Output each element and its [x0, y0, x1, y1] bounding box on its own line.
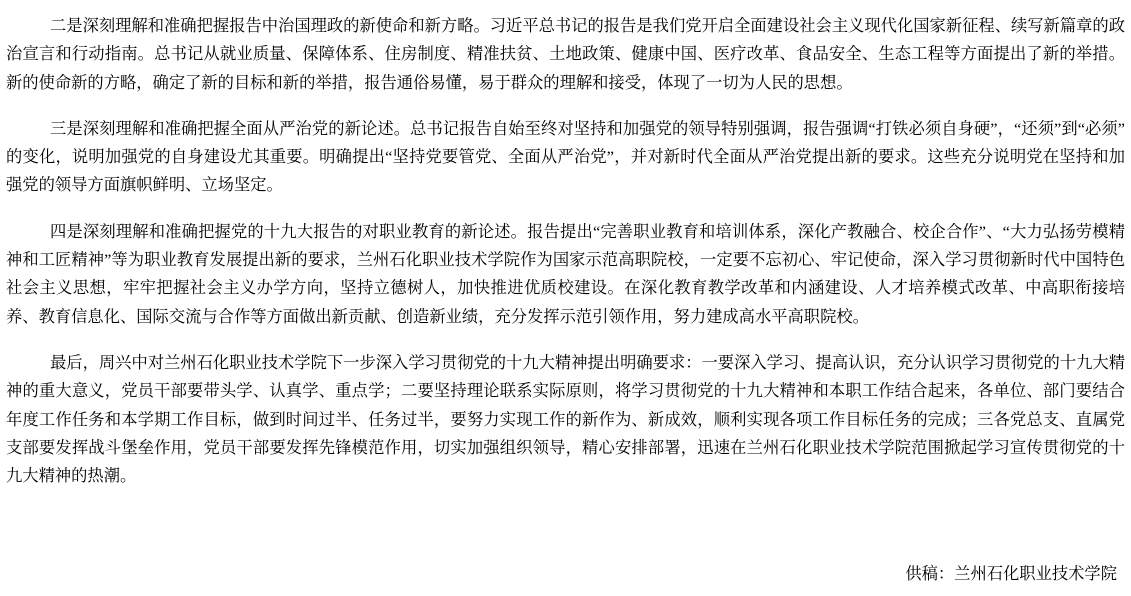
footer-attribution: 供稿：兰州石化职业技术学院	[905, 560, 1117, 588]
document-page: 二是深刻理解和准确把握报告中治国理政的新使命和新方略。习近平总书记的报告是我们党…	[0, 0, 1131, 490]
body-paragraph-4: 四是深刻理解和准确把握党的十九大报告的对职业教育的新论述。报告提出“完善职业教育…	[6, 218, 1125, 331]
body-paragraph-3: 三是深刻理解和准确把握全面从严治党的新论述。总书记报告自始至终对坚持和加强党的领…	[6, 115, 1125, 200]
body-paragraph-final: 最后，周兴中对兰州石化职业技术学院下一步深入学习贯彻党的十九大精神提出明确要求：…	[6, 349, 1125, 490]
body-paragraph-2: 二是深刻理解和准确把握报告中治国理政的新使命和新方略。习近平总书记的报告是我们党…	[6, 12, 1125, 97]
